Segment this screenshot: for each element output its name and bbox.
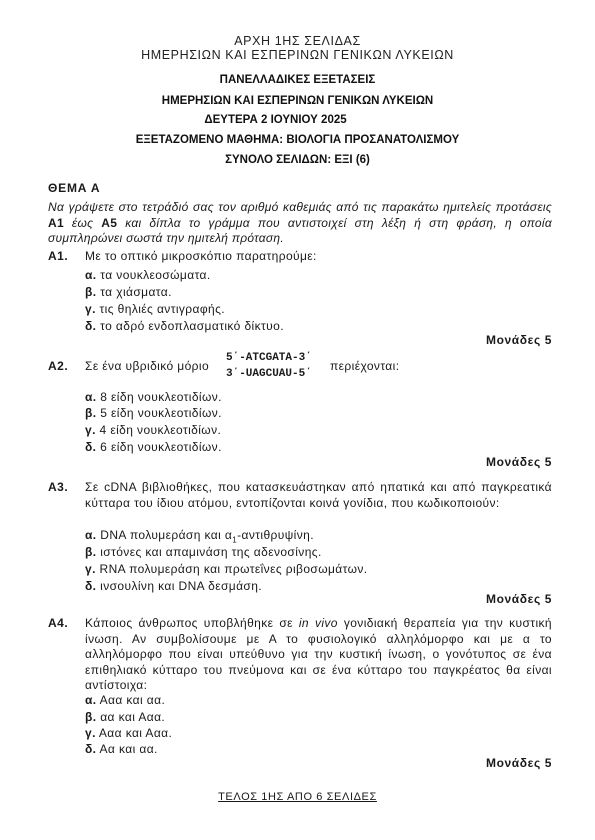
option-a3-c: γ. RNA πολυμεράση και πρωτεΐνες ριβοσωμά… [85, 562, 368, 576]
option-a3-a: α. DNA πολυμεράση και α1-αντιθρυψίνη. [85, 528, 314, 544]
exam-schools: ΗΜΕΡΗΣΙΩΝ ΚΑΙ ΕΣΠΕΡΙΝΩΝ ΓΕΝΙΚΩΝ ΛΥΚΕΙΩΝ [0, 95, 595, 107]
question-number-a1: Α1. [48, 249, 68, 263]
question-text-a2-before: Σε ένα υβριδικό μόριο [85, 359, 209, 375]
molecule-strand-bottom: 3΄-UAGCUAU-5΄ [226, 366, 312, 382]
question-number-a3: Α3. [48, 480, 68, 494]
question-number-a4: Α4. [48, 616, 68, 630]
option-a1-a: α. τα νουκλεοσώματα. [85, 268, 211, 282]
exam-subject: ΕΞΕΤΑΖΟΜΕΝΟ ΜΑΘΗΜΑ: ΒΙΟΛΟΓΙΑ ΠΡΟΣΑΝΑΤΟΛΙ… [0, 134, 595, 146]
exam-title: ΠΑΝΕΛΛΑΔΙΚΕΣ ΕΞΕΤΑΣΕΙΣ [0, 74, 595, 86]
option-a1-d: δ. το αδρό ενδοπλασματικό δίκτυο. [85, 319, 284, 333]
question-text-a1: Με το οπτικό μικροσκόπιο παρατηρούμε: [85, 249, 552, 265]
marks-a4: Μονάδες 5 [486, 756, 552, 770]
theme-title: ΘΕΜΑ Α [48, 181, 100, 195]
marks-a1: Μονάδες 5 [486, 333, 552, 347]
option-a4-b: β. αα και Ααα. [85, 710, 165, 724]
page-end-label: ΤΕΛΟΣ 1ΗΣ ΑΠΟ 6 ΣΕΛΙΔΕΣ [0, 791, 595, 803]
option-a1-c: γ. τις θηλιές αντιγραφής. [85, 302, 225, 316]
option-a2-c: γ. 4 είδη νουκλεοτιδίων. [85, 423, 221, 437]
option-a4-c: γ. Ααα και Ααα. [85, 726, 172, 740]
option-a1-b: β. τα χιάσματα. [85, 285, 172, 299]
question-text-a3: Σε cDNA βιβλιοθήκες, που κατασκευάστηκαν… [85, 480, 552, 511]
marks-a2: Μονάδες 5 [486, 455, 552, 469]
hybrid-molecule: 5΄-ATCGATA-3΄ 3΄-UAGCUAU-5΄ [226, 350, 312, 382]
theme-instructions: Να γράψετε στο τετράδιό σας τον αριθμό κ… [48, 200, 552, 247]
option-a4-d: δ. Αα και αα. [85, 742, 158, 756]
option-a3-d: δ. ινσουλίνη και DNA δεσμάση. [85, 579, 262, 593]
question-text-a4: Κάποιος άνθρωπος υποβλήθηκε σε in vivo γ… [85, 616, 552, 694]
option-a2-d: δ. 6 είδη νουκλεοτιδίων. [85, 440, 222, 454]
total-pages: ΣΥΝΟΛΟ ΣΕΛΙΔΩΝ: ΕΞΙ (6) [0, 154, 595, 166]
exam-date: ΔΕΥΤΕΡΑ 2 ΙΟΥΝΙΟΥ 2025 [0, 114, 573, 126]
option-a2-a: α. 8 είδη νουκλεοτιδίων. [85, 390, 222, 404]
question-text-a2-after: περιέχονται: [330, 359, 399, 375]
question-number-a2: Α2. [48, 359, 68, 373]
page-start-label: ΑΡΧΗ 1ΗΣ ΣΕΛΙΔΑΣ [0, 34, 595, 48]
option-a3-b: β. ιστόνες και απαμινάση της αδενοσίνης. [85, 545, 322, 559]
marks-a3: Μονάδες 5 [486, 592, 552, 606]
molecule-strand-top: 5΄-ATCGATA-3΄ [226, 350, 312, 366]
option-a2-b: β. 5 είδη νουκλεοτιδίων. [85, 406, 222, 420]
school-type-label: ΗΜΕΡΗΣΙΩΝ ΚΑΙ ΕΣΠΕΡΙΝΩΝ ΓΕΝΙΚΩΝ ΛΥΚΕΙΩΝ [0, 48, 595, 62]
option-a4-a: α. Ααα και αα. [85, 693, 165, 707]
